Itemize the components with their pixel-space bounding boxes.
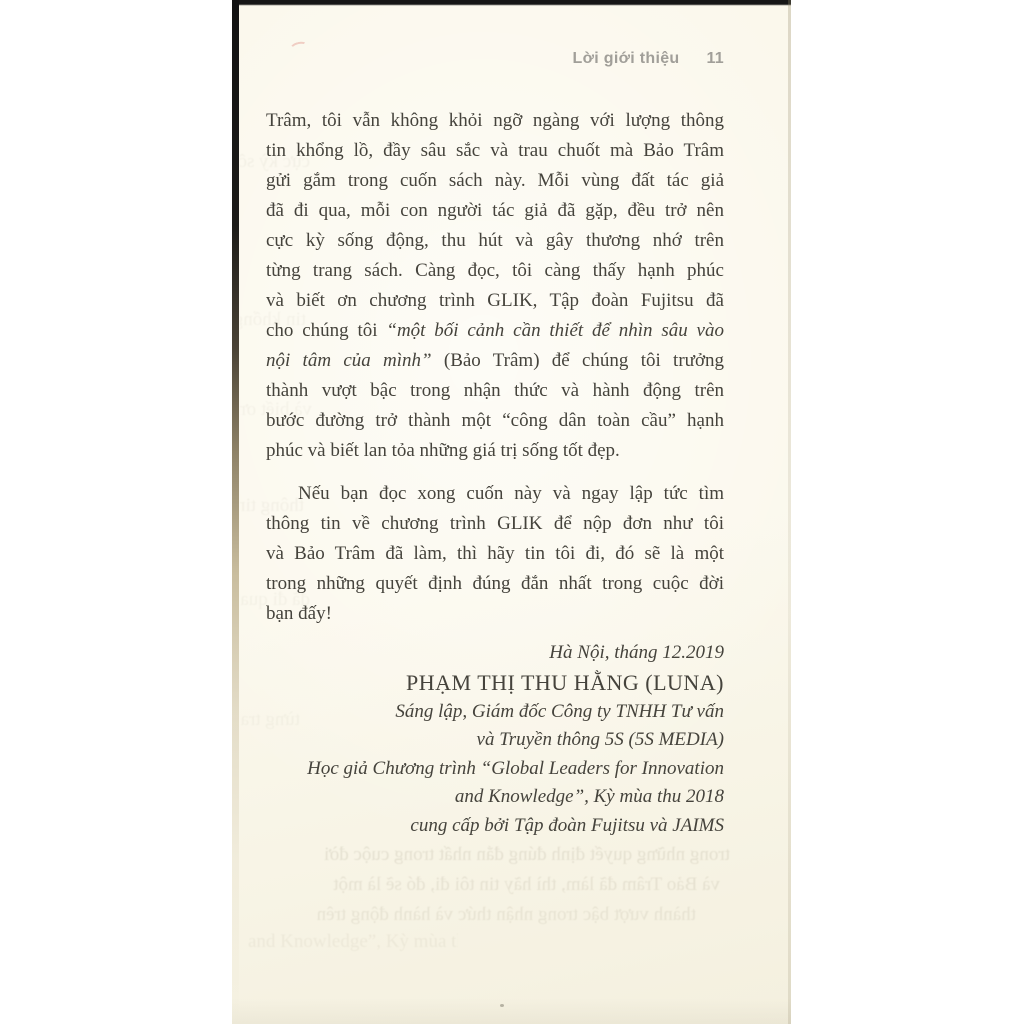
- text-line: phúc và biết lan tỏa những giá trị sống …: [266, 436, 724, 466]
- dust-speck: [500, 1004, 504, 1007]
- page-right-edge: [788, 0, 791, 1024]
- body-text-segment: tin khổng lồ, đầy sâu sắc và trau chuốt …: [266, 140, 724, 161]
- page-number: 11: [706, 50, 724, 68]
- signature-line: và Truyền thông 5S (5S MEDIA): [266, 726, 724, 755]
- body-text-segment: gửi gắm trong cuốn sách này. Mỗi vùng đấ…: [266, 170, 724, 191]
- text-line: bước đường trở thành một “công dân toàn …: [266, 406, 724, 436]
- body-text-segment: bạn đấy!: [266, 603, 332, 624]
- body-text-segment: phúc và biết lan tỏa những giá trị sống …: [266, 440, 620, 461]
- body-text-segment: thông tin về chương trình GLIK để nộp đơ…: [266, 513, 724, 534]
- text-line: nội tâm của mình” (Bảo Trâm) để chúng tô…: [266, 346, 724, 376]
- running-header: Lời giới thiệu 11: [573, 50, 724, 68]
- photo-background: trong những quyết định đúng đắn nhất tro…: [0, 0, 1024, 1024]
- body-text-segment: Nếu bạn đọc xong cuốn này và ngay lập tứ…: [298, 483, 724, 504]
- text-line: và biết ơn chương trình GLIK, Tập đoàn F…: [266, 286, 724, 316]
- text-line: cực kỳ sống động, thu hút và gây thương …: [266, 226, 724, 256]
- text-line: cho chúng tôi “một bối cảnh cần thiết để…: [266, 316, 724, 346]
- body-text-segment: và Bảo Trâm đã làm, thì hãy tin tôi đi, …: [266, 543, 724, 564]
- body-text: Trâm, tôi vẫn không khỏi ngỡ ngàng với l…: [266, 106, 724, 629]
- text-line: thành vượt bậc trong nhận thức và hành đ…: [266, 376, 724, 406]
- text-line: từng trang sách. Càng đọc, tôi càng thấy…: [266, 256, 724, 286]
- body-text-segment: thành vượt bậc trong nhận thức và hành đ…: [266, 380, 724, 401]
- signature-line: Hà Nội, tháng 12.2019: [266, 639, 724, 668]
- signature-line: Học giả Chương trình “Global Leaders for…: [266, 755, 724, 784]
- body-text-segment: đã đi qua, mỗi con người tác giả đã gặp,…: [266, 200, 724, 221]
- author-name: PHẠM THỊ THU HẰNG (LUNA): [266, 668, 724, 698]
- page-left-edge: [232, 0, 239, 1024]
- text-line: đã đi qua, mỗi con người tác giả đã gặp,…: [266, 196, 724, 226]
- paragraph-1: Trâm, tôi vẫn không khỏi ngỡ ngàng với l…: [266, 106, 724, 466]
- body-text-segment: cho chúng tôi: [266, 320, 386, 341]
- body-text-segment: và biết ơn chương trình GLIK, Tập đoàn F…: [266, 290, 724, 311]
- body-text-segment: bước đường trở thành một “công dân toàn …: [266, 410, 724, 431]
- section-title: Lời giới thiệu: [573, 50, 680, 68]
- bleed-through-text: and Knowledge”, Kỳ mùa thu 2018: [248, 928, 458, 956]
- text-line: gửi gắm trong cuốn sách này. Mỗi vùng đấ…: [266, 166, 724, 196]
- body-text-segment: cực kỳ sống động, thu hút và gây thương …: [266, 230, 724, 251]
- signature-line: and Knowledge”, Kỳ mùa thu 2018: [266, 783, 724, 812]
- signature-line: Sáng lập, Giám đốc Công ty TNHH Tư vấn: [266, 698, 724, 727]
- text-line: thông tin về chương trình GLIK để nộp đơ…: [266, 509, 724, 539]
- body-text-segment: Trâm, tôi vẫn không khỏi ngỡ ngàng với l…: [266, 110, 724, 131]
- signature-block: Hà Nội, tháng 12.2019PHẠM THỊ THU HẰNG (…: [266, 639, 724, 840]
- text-line: trong những quyết định đúng đắn nhất tro…: [266, 569, 724, 599]
- bleed-through-text: và Bảo Trâm đã làm, thì hãy tin tôi đi, …: [260, 871, 720, 899]
- page-top-edge: [232, 0, 791, 6]
- body-text-segment: từng trang sách. Càng đọc, tôi càng thấy…: [266, 260, 724, 281]
- text-line: Trâm, tôi vẫn không khỏi ngỡ ngàng với l…: [266, 106, 724, 136]
- text-line: và Bảo Trâm đã làm, thì hãy tin tôi đi, …: [266, 539, 724, 569]
- body-text-segment: (Bảo Trâm) để chúng tôi trưởng: [432, 350, 724, 371]
- paragraph-2: Nếu bạn đọc xong cuốn này và ngay lập tứ…: [266, 479, 724, 629]
- bleed-through-text: thành vượt bậc trong nhận thức và hành đ…: [266, 901, 696, 929]
- italic-quote-text: nội tâm của mình”: [266, 350, 432, 371]
- pink-ink-mark: [289, 40, 309, 55]
- bleed-through-text: trong những quyết định đúng đắn nhất tro…: [260, 841, 730, 869]
- italic-quote-text: “một bối cảnh cần thiết để nhìn sâu vào: [386, 320, 724, 341]
- signature-line: cung cấp bởi Tập đoàn Fujitsu và JAIMS: [266, 812, 724, 841]
- book-page: trong những quyết định đúng đắn nhất tro…: [232, 0, 791, 1024]
- text-line: bạn đấy!: [266, 599, 724, 629]
- body-text-segment: trong những quyết định đúng đắn nhất tro…: [266, 573, 724, 594]
- text-line: tin khổng lồ, đầy sâu sắc và trau chuốt …: [266, 136, 724, 166]
- text-line: Nếu bạn đọc xong cuốn này và ngay lập tứ…: [266, 479, 724, 509]
